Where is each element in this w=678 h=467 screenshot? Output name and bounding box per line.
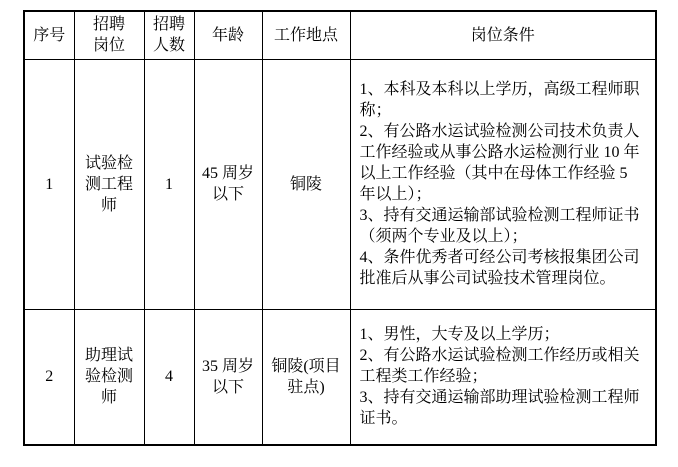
cell-serial: 1 [24,59,74,309]
cell-count: 4 [144,309,194,445]
cell-location: 铜陵 [262,59,350,309]
condition-item: 3、持有交通运输部试验检测工程师证书（须两个专业及以上）； [360,205,647,247]
condition-item: 2、有公路水运试验检测公司技术负责人工作经验或从事公路水运检测行业 10 年以上… [360,121,647,205]
cell-conditions: 1、本科及本科以上学历，高级工程师职称； 2、有公路水运试验检测公司技术负责人工… [350,59,656,309]
cell-serial: 2 [24,309,74,445]
header-cell-location: 工作地点 [262,11,350,59]
cell-location: 铜陵(项目驻点) [262,309,350,445]
cell-conditions: 1、男性，大专及以上学历； 2、有公路水运试验检测工作经历或相关工程类工作经验；… [350,309,656,445]
header-cell-count: 招聘 人数 [144,11,194,59]
condition-item: 4、条件优秀者可经公司考核报集团公司批准后从事公司试验技术管理岗位。 [360,247,647,289]
table-row: 1 试验检测工程师 1 45 周岁以下 铜陵 1、本科及本科以上学历，高级工程师… [24,59,656,309]
cell-age: 45 周岁以下 [194,59,262,309]
condition-item: 3、持有交通运输部助理试验检测工程师证书。 [360,387,647,429]
header-row: 序号 招聘 岗位 招聘 人数 年龄 工作地点 岗位条件 [24,11,656,59]
cell-count: 1 [144,59,194,309]
header-cell-position: 招聘 岗位 [74,11,144,59]
header-cell-serial: 序号 [24,11,74,59]
condition-item: 1、男性，大专及以上学历； [360,324,647,345]
header-cell-conditions: 岗位条件 [350,11,656,59]
condition-item: 2、有公路水运试验检测工作经历或相关工程类工作经验； [360,345,647,387]
cell-position: 试验检测工程师 [74,59,144,309]
cell-position: 助理试验检测师 [74,309,144,445]
header-cell-age: 年龄 [194,11,262,59]
cell-age: 35 周岁以下 [194,309,262,445]
table-row: 2 助理试验检测师 4 35 周岁以下 铜陵(项目驻点) 1、男性，大专及以上学… [24,309,656,445]
recruitment-table: 序号 招聘 岗位 招聘 人数 年龄 工作地点 岗位条件 1 试验检测工程师 1 … [23,10,657,446]
page: 序号 招聘 岗位 招聘 人数 年龄 工作地点 岗位条件 1 试验检测工程师 1 … [0,0,678,467]
condition-item: 1、本科及本科以上学历，高级工程师职称； [360,79,647,121]
